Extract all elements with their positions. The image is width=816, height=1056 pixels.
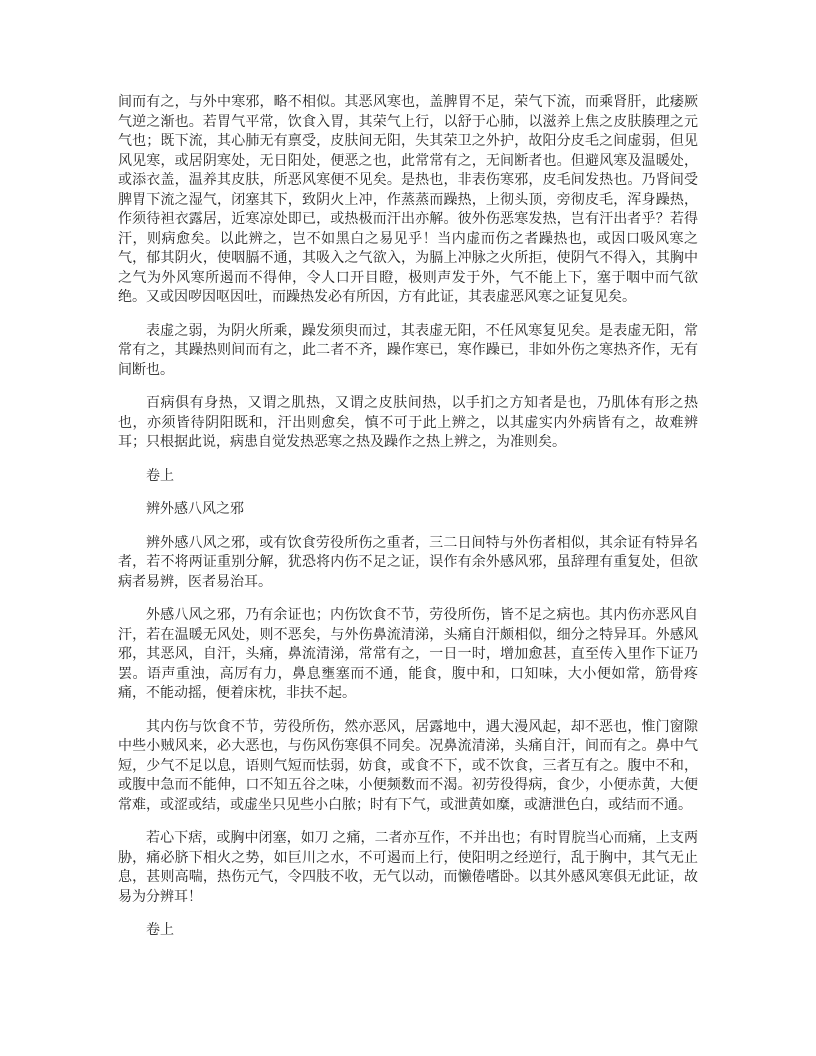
body-paragraph-5: 外感八风之邪，乃有余证也；内伤饮食不节，劳役所伤，皆不足之病也。其内伤亦恶风自汗… <box>118 606 698 704</box>
section-heading-bian-waigan-bafeng: 辨外感八风之邪 <box>118 500 698 520</box>
section-heading-juan-shang-2: 卷上 <box>118 921 698 941</box>
document-page: 间而有之，与外中寒邪，略不相似。其恶风寒也，盖脾胃不足，荣气下流，而乘肾肝，此痿… <box>0 0 816 1056</box>
body-paragraph-7: 若心下痞，或胸中闭塞，如刀 之痛，二者亦互作，不并出也；有时胃脘当心而痛，上支两… <box>118 829 698 907</box>
body-paragraph-1: 间而有之，与外中寒邪，略不相似。其恶风寒也，盖脾胃不足，荣气下流，而乘肾肝，此痿… <box>118 93 698 308</box>
body-paragraph-2: 表虚之弱，为阴火所乘，躁发须臾而过，其表虚无阳，不任风寒复见矣。是表虚无阳，常常… <box>118 322 698 381</box>
section-heading-juan-shang-1: 卷上 <box>118 467 698 487</box>
body-paragraph-3: 百病俱有身热，又谓之肌热，又谓之皮肤间热，以手扪之方知者是也，乃肌体有形之热也，… <box>118 394 698 453</box>
body-paragraph-6: 其内伤与饮食不节，劳役所伤，然亦恶风，居露地中，遇大漫风起，却不恶也，惟门窗隙中… <box>118 718 698 816</box>
body-paragraph-4: 辨外感八风之邪，或有饮食劳役所伤之重者，三二日间特与外伤者相似，其余证有特异名者… <box>118 534 698 593</box>
